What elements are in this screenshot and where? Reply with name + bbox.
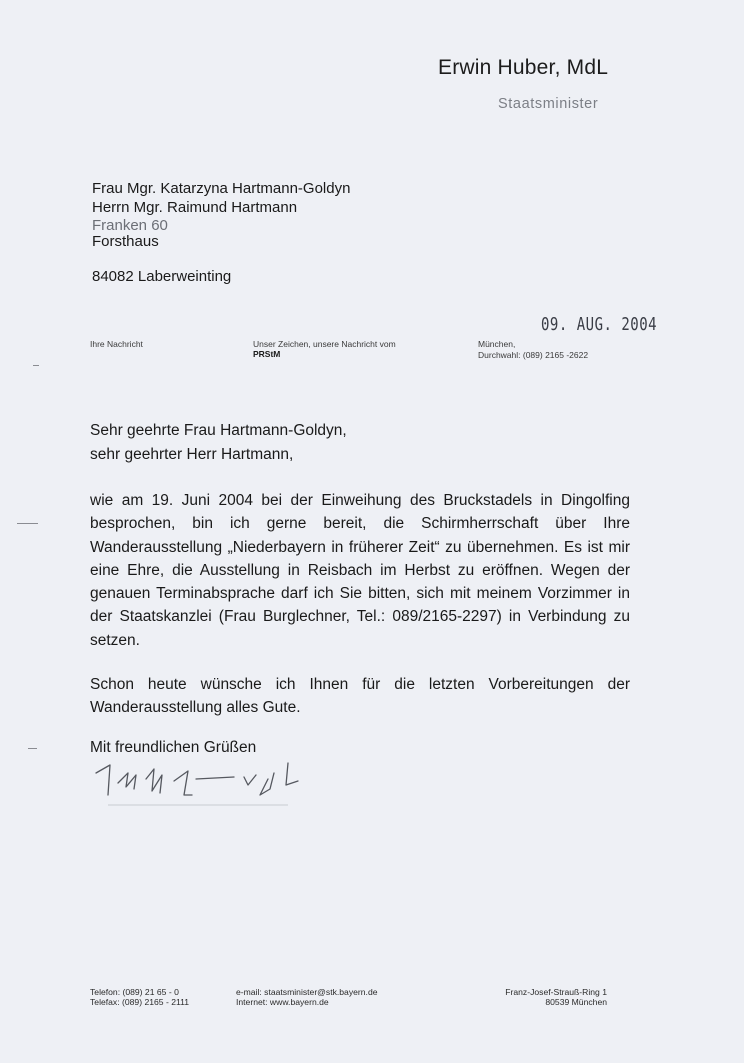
recipient-line: Herrn Mgr. Raimund Hartmann <box>92 199 297 216</box>
ort-label: München, <box>478 339 515 349</box>
recipient-line: Franken 60 <box>92 217 168 234</box>
footer-telefax: Telefax: (089) 2165 - 2111 <box>90 997 189 1008</box>
durchwahl: Durchwahl: (089) 2165 -2622 <box>478 350 588 360</box>
sender-title: Staatsminister <box>498 96 598 112</box>
body-paragraph: wie am 19. Juni 2004 bei der Einweihung … <box>90 489 630 652</box>
footer-internet: Internet: www.bayern.de <box>236 997 329 1008</box>
footer-city: 80539 München <box>545 997 607 1008</box>
footer-street: Franz-Josef-Strauß-Ring 1 <box>505 987 607 998</box>
salutation-line: Sehr geehrte Frau Hartmann-Goldyn, <box>90 422 347 440</box>
footer-telefon: Telefon: (089) 21 65 - 0 <box>90 987 179 998</box>
date-stamp: 09. AUG. 2004 <box>541 315 657 335</box>
recipient-line: Forsthaus <box>92 233 159 250</box>
body-paragraph: Schon heute wünsche ich Ihnen für die le… <box>90 673 630 720</box>
footer-email: e-mail: staatsminister@stk.bayern.de <box>236 987 378 998</box>
handwritten-signature <box>88 755 348 825</box>
sender-name: Erwin Huber, MdL <box>438 56 608 80</box>
unser-zeichen-value: PRStM <box>253 349 280 359</box>
ihre-nachricht-label: Ihre Nachricht <box>90 339 143 349</box>
unser-zeichen-label: Unser Zeichen, unsere Nachricht vom <box>253 339 396 349</box>
recipient-line: 84082 Laberweinting <box>92 268 231 285</box>
fold-mark <box>28 748 37 749</box>
salutation-line: sehr geehrter Herr Hartmann, <box>90 446 293 464</box>
fold-mark <box>33 365 39 366</box>
fold-mark <box>17 523 38 524</box>
recipient-line: Frau Mgr. Katarzyna Hartmann-Goldyn <box>92 180 350 197</box>
